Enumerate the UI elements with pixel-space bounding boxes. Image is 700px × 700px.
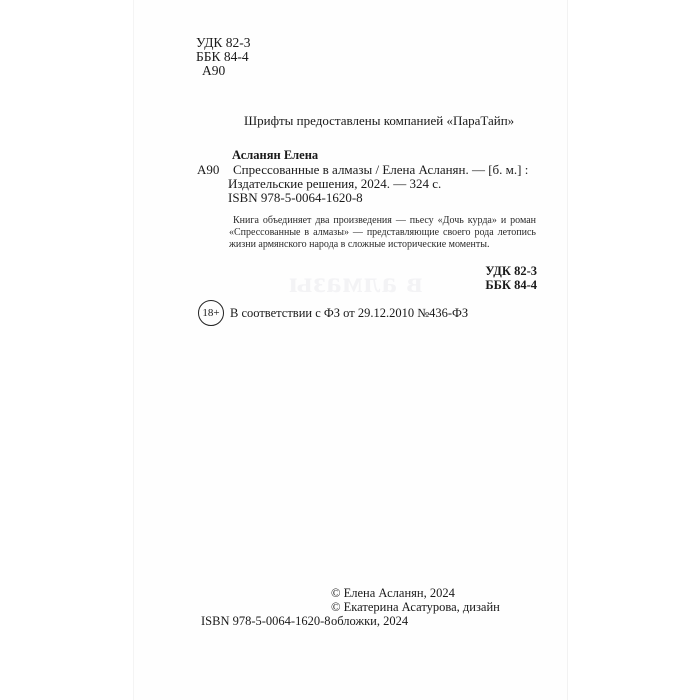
age-rating-law-text: В соответствии с ФЗ от 29.12.2010 №436-Ф… [230, 306, 468, 321]
copyright-designer-line1: © Екатерина Асатурова, дизайн [331, 600, 500, 615]
bbk-code-right: ББК 84-4 [485, 278, 537, 293]
age-rating-badge: 18+ [198, 300, 224, 326]
age-rating-label: 18+ [202, 307, 219, 319]
copyright-designer-line2: обложки, 2024 [331, 614, 408, 629]
catalog-annotation: Книга объединяет два произведения — пьес… [229, 215, 536, 251]
copyright-author: © Елена Асланян, 2024 [331, 586, 455, 601]
udk-code-right: УДК 82-3 [485, 264, 537, 279]
catalog-author: Асланян Елена [232, 148, 318, 163]
footer-isbn: ISBN 978-5-0064-1620-8 [201, 614, 331, 629]
print-through-ghost-text: в алмазы [288, 266, 423, 300]
catalog-author-mark: А90 [197, 162, 219, 178]
fonts-credit: Шрифты предоставлены компанией «ПараТайп… [244, 113, 514, 129]
catalog-isbn: ISBN 978-5-0064-1620-8 [228, 190, 363, 206]
author-mark-top: А90 [202, 64, 225, 78]
bbk-code-top: ББК 84-4 [196, 50, 249, 64]
udk-code-top: УДК 82-3 [196, 36, 251, 50]
